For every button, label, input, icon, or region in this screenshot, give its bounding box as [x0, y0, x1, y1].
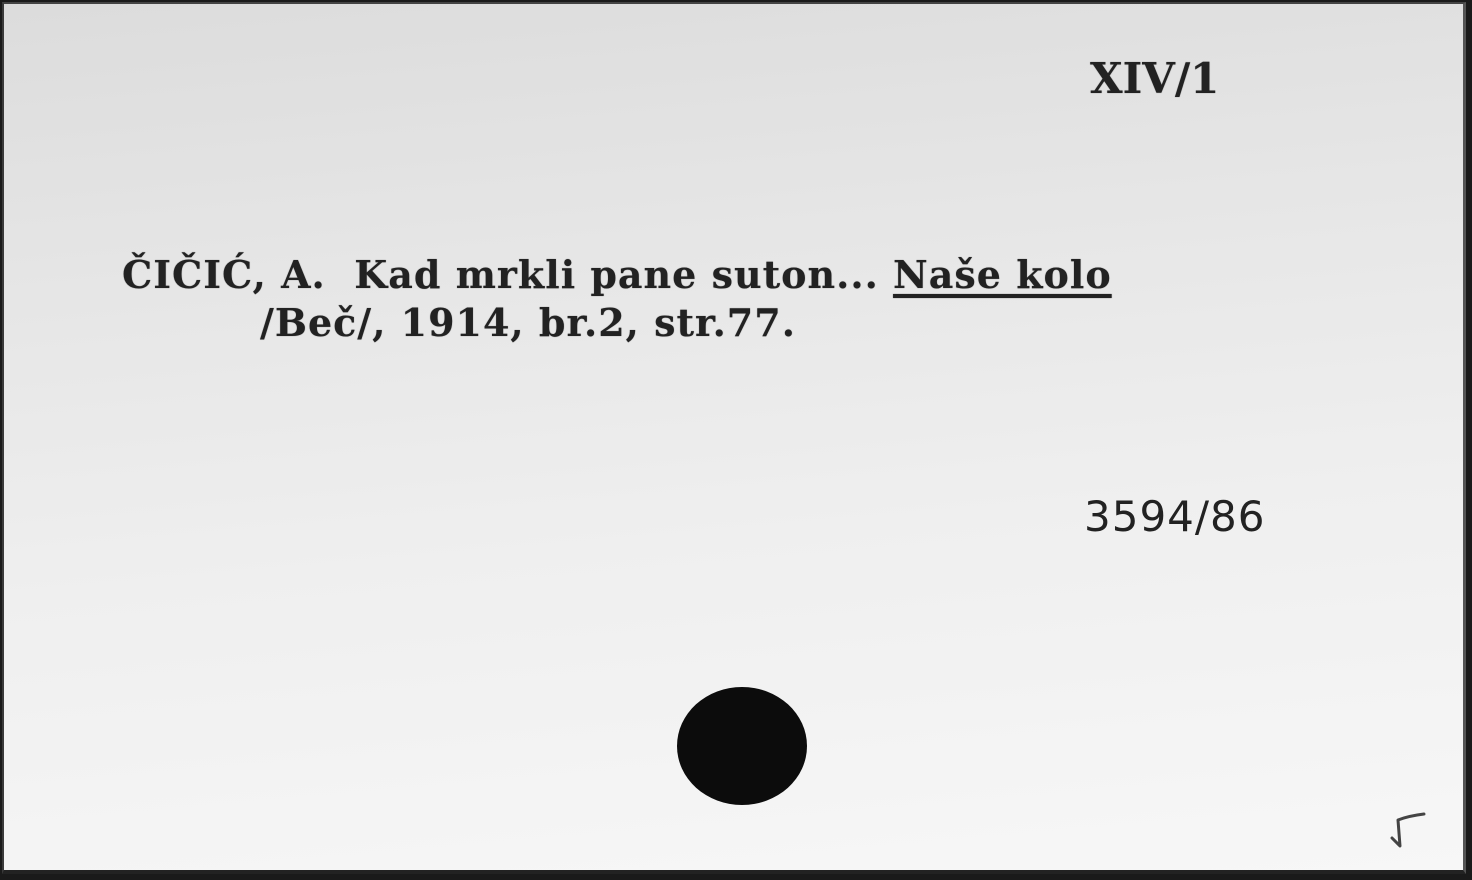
check-mark-icon — [1388, 812, 1428, 852]
entry-line-2: /Beč/, 1914, br.2, str.77. — [260, 300, 796, 345]
punch-hole — [677, 687, 807, 805]
accession-number: 3594/86 — [1084, 492, 1265, 541]
entry-author-title: ČIČIĆ, A. Kad mrkli pane suton... — [122, 252, 893, 297]
catalog-card: XIV/1 ČIČIĆ, A. Kad mrkli pane suton... … — [2, 2, 1466, 874]
journal-title: Naše kolo — [893, 252, 1112, 297]
class-number: XIV/1 — [1090, 54, 1219, 103]
entry-line-1: ČIČIĆ, A. Kad mrkli pane suton... Naše k… — [122, 252, 1112, 297]
